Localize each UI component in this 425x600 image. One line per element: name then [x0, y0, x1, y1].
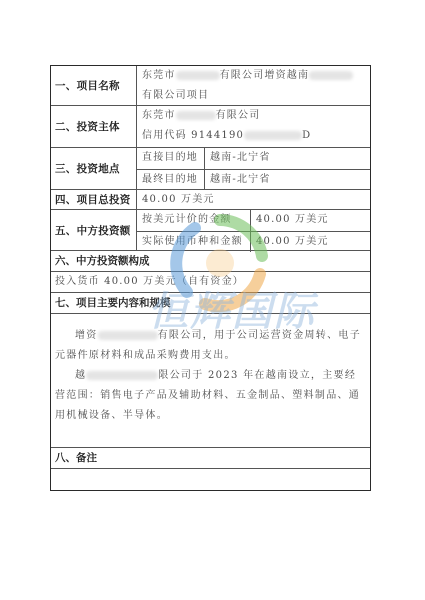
text: 增资: [75, 330, 98, 341]
project-content-paragraphs: 增资有限公司，用于公司运营资金周转、电子元器件原材料和成品采购费用支出。 越限公…: [51, 314, 370, 447]
redacted-text: [244, 131, 302, 140]
text: 越: [75, 370, 86, 381]
text: 东莞市: [142, 110, 176, 121]
label-chinese-investment: 五、中方投资额: [51, 210, 137, 250]
section-header: 六、中方投资额构成: [51, 251, 150, 271]
row-project-content-body: 增资有限公司，用于公司运营资金周转、电子元器件原材料和成品采购费用支出。 越限公…: [51, 314, 370, 448]
label-investor: 二、投资主体: [51, 106, 137, 147]
sub-row-direct-destination: 直接目的地 越南-北宁省: [137, 148, 370, 169]
paragraph-1: 增资有限公司，用于公司运营资金周转、电子元器件原材料和成品采购费用支出。: [55, 326, 366, 366]
label-location: 三、投资地点: [51, 148, 137, 189]
sub-value: 越南-北宁省: [205, 170, 271, 191]
row-project-content-header: 七、项目主要内容和规模: [51, 293, 370, 314]
value-total-investment: 40.00 万美元: [137, 190, 370, 209]
row-project-name: 一、项目名称 东莞市有限公司增资越南 有限公司项目: [51, 66, 370, 106]
text: 有限公司项目: [137, 86, 370, 106]
redacted-text: [309, 71, 353, 80]
row-location: 三、投资地点 直接目的地 越南-北宁省 最终目的地 越南-北宁省: [51, 148, 370, 190]
investment-project-table: 一、项目名称 东莞市有限公司增资越南 有限公司项目 二、投资主体 东莞市有限公司…: [50, 65, 371, 491]
sub-label: 按美元计价的金额: [137, 210, 251, 231]
text: 40.00 万美元: [137, 190, 370, 210]
row-remarks-header: 八、备注: [51, 448, 370, 469]
row-total-investment: 四、项目总投资 40.00 万美元: [51, 190, 370, 210]
redacted-text: [176, 71, 220, 80]
sub-label: 直接目的地: [137, 148, 205, 169]
text: 有限公司: [216, 110, 261, 121]
redacted-text: [86, 371, 158, 380]
sub-row-final-destination: 最终目的地 越南-北宁省: [137, 169, 370, 191]
text: 东莞市: [142, 70, 176, 81]
section-header: 八、备注: [51, 448, 97, 468]
value-project-name: 东莞市有限公司增资越南 有限公司项目: [137, 66, 370, 105]
sub-value: 40.00 万美元: [251, 210, 329, 231]
text: 投入货币 40.00 万美元（自有资金）: [51, 272, 244, 292]
row-chinese-investment: 五、中方投资额 按美元计价的金额 40.00 万美元 实际使用币种和金额 40.…: [51, 210, 370, 251]
value-chinese-investment: 按美元计价的金额 40.00 万美元 实际使用币种和金额 40.00 万美元: [137, 210, 370, 250]
paragraph-2: 越限公司于 2023 年在越南设立，主要经营范围：销售电子产品及辅助材料、五金制…: [55, 366, 366, 426]
value-investor: 东莞市有限公司 信用代码 9144190D: [137, 106, 370, 147]
row-investment-composition-value: 投入货币 40.00 万美元（自有资金）: [51, 272, 370, 293]
row-investor: 二、投资主体 东莞市有限公司 信用代码 9144190D: [51, 106, 370, 148]
section-header: 七、项目主要内容和规模: [51, 293, 171, 313]
label-project-name: 一、项目名称: [51, 66, 137, 105]
credit-code: 信用代码 9144190: [142, 130, 244, 141]
sub-row-usd-amount: 按美元计价的金额 40.00 万美元: [137, 210, 370, 231]
label-total-investment: 四、项目总投资: [51, 190, 137, 209]
text: 有限公司增资越南: [220, 70, 310, 81]
sub-value: 越南-北宁省: [205, 148, 271, 169]
redacted-text: [98, 331, 158, 340]
redacted-text: [176, 111, 216, 120]
sub-value: 40.00 万美元: [251, 232, 329, 253]
sub-label: 实际使用币种和金额: [137, 232, 251, 253]
row-investment-composition-header: 六、中方投资额构成: [51, 251, 370, 272]
text: D: [302, 130, 311, 141]
value-location: 直接目的地 越南-北宁省 最终目的地 越南-北宁省: [137, 148, 370, 189]
sub-row-actual-currency: 实际使用币种和金额 40.00 万美元: [137, 231, 370, 253]
row-remarks-value: [51, 469, 370, 490]
sub-label: 最终目的地: [137, 170, 205, 191]
remarks-empty: [51, 469, 55, 489]
